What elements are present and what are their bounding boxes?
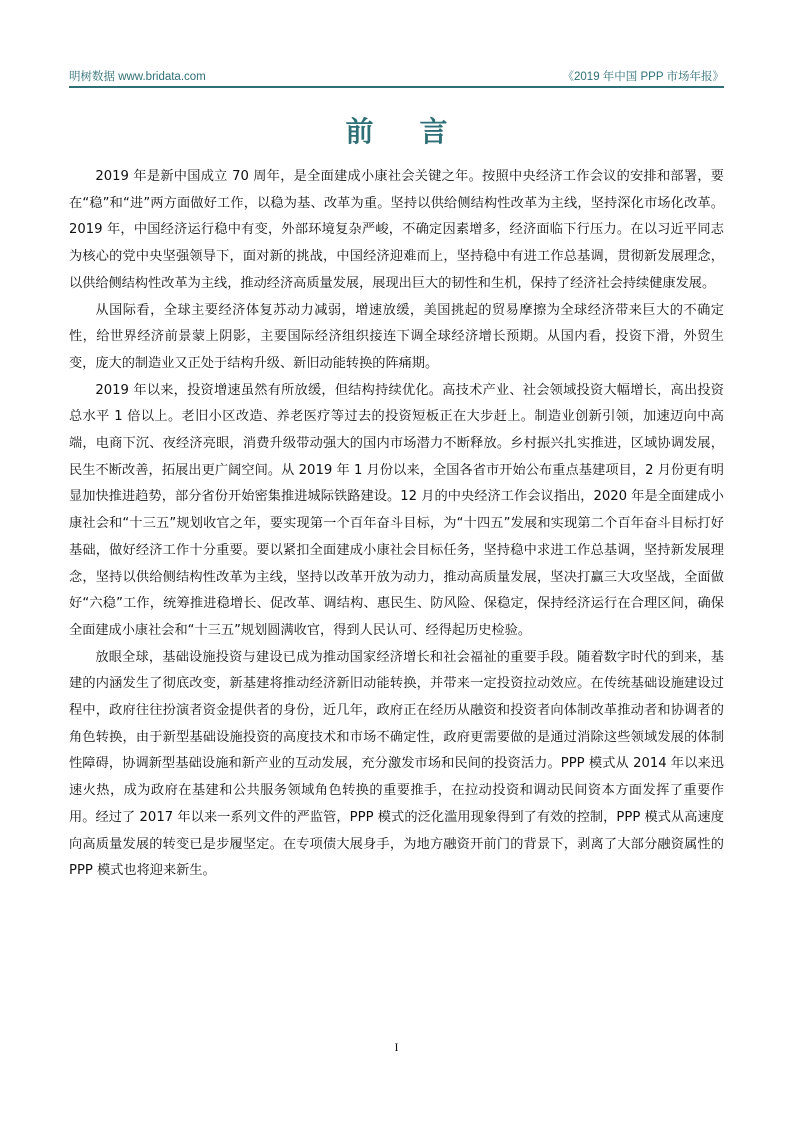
document-body: 2019 年是新中国成立 70 周年，是全面建成小康社会关键之年。按照中央经济工… bbox=[69, 164, 724, 885]
header-report-title: 《2019 年中国 PPP 市场年报》 bbox=[563, 68, 724, 84]
paragraph: 2019 年以来，投资增速虽然有所放缓，但结构持续优化。高技术产业、社会领域投资… bbox=[69, 378, 724, 645]
header-publisher: 明树数据 www.bridata.com bbox=[69, 68, 206, 84]
header-divider bbox=[69, 86, 724, 88]
page-title: 前言 bbox=[0, 110, 793, 150]
page-number: I bbox=[0, 1040, 793, 1055]
paragraph: 从国际看，全球主要经济体复苏动力减弱，增速放缓，美国挑起的贸易摩擦为全球经济带来… bbox=[69, 298, 724, 378]
paragraph: 2019 年是新中国成立 70 周年，是全面建成小康社会关键之年。按照中央经济工… bbox=[69, 164, 724, 298]
page-header: 明树数据 www.bridata.com 《2019 年中国 PPP 市场年报》 bbox=[69, 62, 724, 84]
paragraph: 放眼全球，基础设施投资与建设已成为推动国家经济增长和社会福祉的重要手段。随着数字… bbox=[69, 645, 724, 885]
